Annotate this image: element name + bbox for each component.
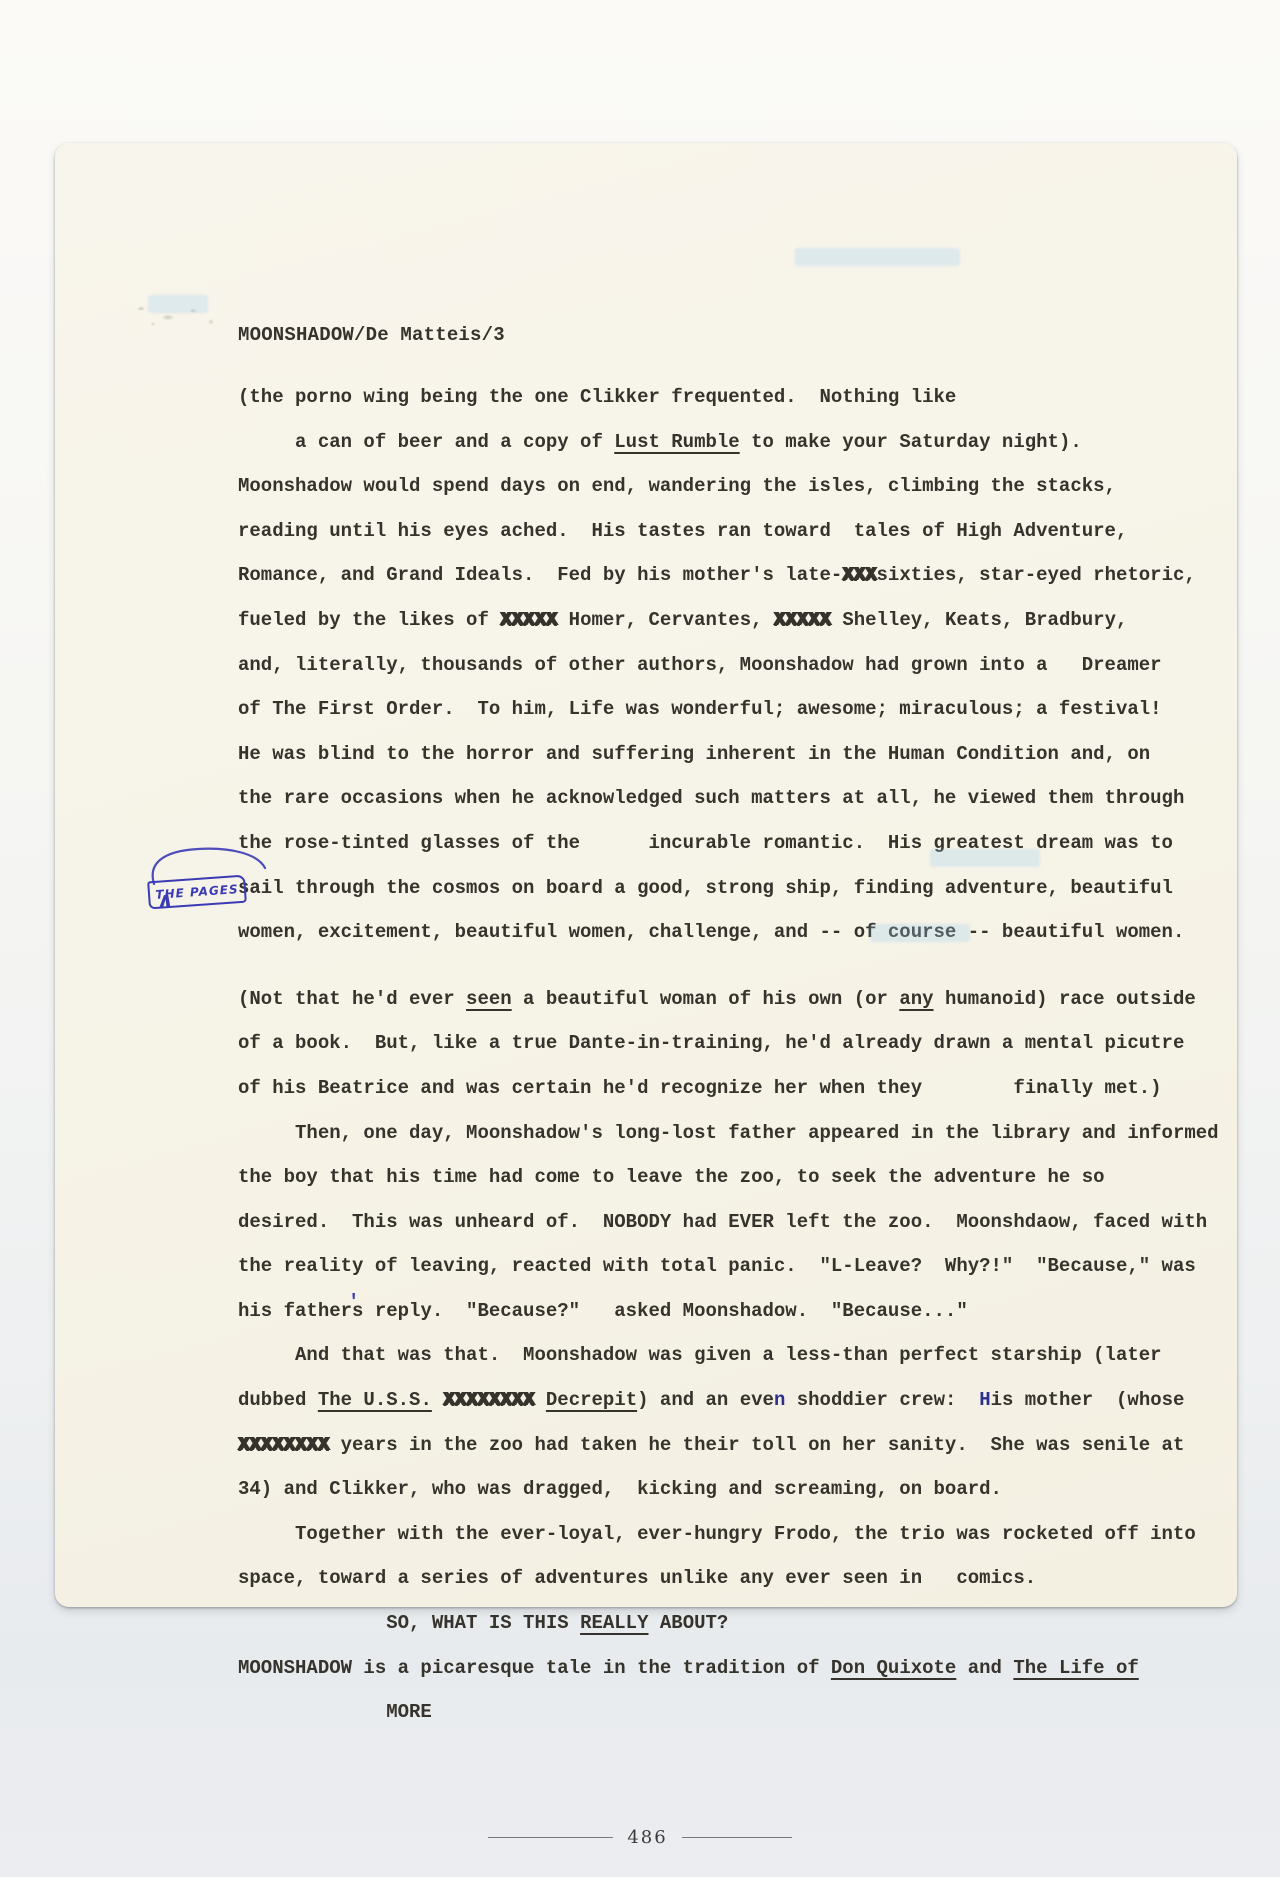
text-line: And that was that. Moonshadow was given … xyxy=(238,1333,1248,1378)
page-number-rule-left xyxy=(488,1837,613,1838)
text-line: (the porno wing being the one Clikker fr… xyxy=(238,375,1248,420)
text-line: of The First Order. To him, Life was won… xyxy=(238,687,1248,732)
page-number: 486 xyxy=(627,1827,667,1848)
document-header: MOONSHADOW/De Matteis/3 xyxy=(238,324,505,346)
text-line: his father's reply. "Because?" asked Moo… xyxy=(238,1289,1248,1334)
highlight-artifact xyxy=(870,924,970,942)
text-line: He was blind to the horror and suffering… xyxy=(238,732,1248,777)
text-line: a can of beer and a copy of Lust Rumble … xyxy=(238,420,1248,465)
text-line: SO, WHAT IS THIS REALLY ABOUT? xyxy=(238,1601,1248,1646)
text-line: desired. This was unheard of. NOBODY had… xyxy=(238,1200,1248,1245)
text-line: space, toward a series of adventures unl… xyxy=(238,1556,1248,1601)
book-page-number-row: 486 xyxy=(0,1822,1280,1852)
text-line: Romance, and Grand Ideals. Fed by his mo… xyxy=(238,553,1248,598)
text-line: and, literally, thousands of other autho… xyxy=(238,643,1248,688)
text-line: XXXXXXXX years in the zoo had taken he t… xyxy=(238,1423,1248,1468)
text-line: Together with the ever-loyal, ever-hungr… xyxy=(238,1512,1248,1557)
text-line: MORE xyxy=(238,1690,1248,1735)
highlight-artifact xyxy=(795,248,960,266)
text-line: (Not that he'd ever seen a beautiful wom… xyxy=(238,977,1248,1022)
text-line: of a book. But, like a true Dante-in-tra… xyxy=(238,1021,1248,1066)
annotation-caret-icon: ∧ xyxy=(156,887,176,913)
highlight-artifact xyxy=(148,295,208,313)
text-line: reading until his eyes ached. His tastes… xyxy=(238,509,1248,554)
text-line: women, excitement, beautiful women, chal… xyxy=(238,910,1248,955)
page-number-rule-right xyxy=(682,1837,792,1838)
text-line: the rose-tinted glasses of the incurable… xyxy=(238,821,1248,866)
document-body: (the porno wing being the one Clikker fr… xyxy=(238,375,1248,1735)
text-line: Moonshadow would spend days on end, wand… xyxy=(238,464,1248,509)
text-line: the rare occasions when he acknowledged … xyxy=(238,776,1248,821)
text-line: the boy that his time had come to leave … xyxy=(238,1155,1248,1200)
text-line: of his Beatrice and was certain he'd rec… xyxy=(238,1066,1248,1111)
text-line: 34) and Clikker, who was dragged, kickin… xyxy=(238,1467,1248,1512)
text-line: the reality of leaving, reacted with tot… xyxy=(238,1244,1248,1289)
text-line: sail through the cosmos on board a good,… xyxy=(238,866,1248,911)
highlight-artifact xyxy=(930,849,1040,867)
text-line: MOONSHADOW is a picaresque tale in the t… xyxy=(238,1646,1248,1691)
text-line: fueled by the likes of XXXXX Homer, Cerv… xyxy=(238,598,1248,643)
text-line: Then, one day, Moonshadow's long-lost fa… xyxy=(238,1111,1248,1156)
text-line: dubbed The U.S.S. XXXXXXXX Decrepit) and… xyxy=(238,1378,1248,1423)
